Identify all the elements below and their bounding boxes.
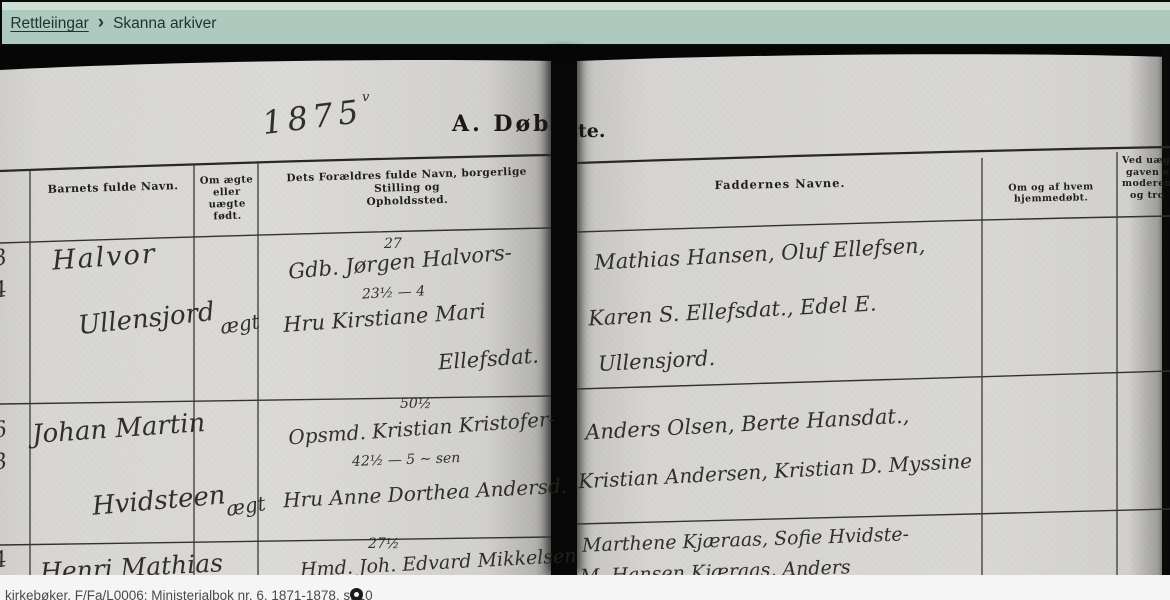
window-edge (0, 0, 2, 46)
breadcrumb-link-rettleiingar[interactable]: Rettleiingar (10, 15, 88, 33)
footer-bar: kirkebøker, F/Fa/L0006: Ministerialbok n… (0, 575, 1170, 600)
header-hjemmedobt: Om og af hvem hjemmedøbt. (986, 181, 1116, 205)
header-foraeldres-navn: Dets Forældres fulde Navn, borgerlige St… (262, 165, 553, 212)
header-ved-uaegte-line1: Ved uægte (1122, 155, 1170, 167)
chevron-right-icon: › (98, 14, 104, 32)
header-ved-uaegte-line2: gaven er (1122, 167, 1170, 179)
header-ved-uaegte-line4: og tro (1122, 190, 1170, 202)
header-om-aegte-line1: Om ægte eller (195, 174, 258, 200)
section-title: A. Døb (452, 111, 552, 137)
header-om-aegte: Om ægte eller uægte født. (195, 174, 258, 224)
breadcrumb-bar: › Rettleiingar › Skanna arkiver (0, 0, 1170, 46)
entry-parents-superscript: 50½ (400, 396, 431, 412)
header-ved-uaegte: Ved uægte gaven er moderen, og tro (1122, 155, 1170, 201)
breadcrumb: › Rettleiingar › Skanna arkiver (0, 12, 1170, 36)
section-title-continuation: te. (578, 120, 605, 142)
source-caption: kirkebøker, F/Fa/L0006: Ministerialbok n… (5, 588, 373, 600)
breadcrumb-item-skanna-arkiver[interactable]: Skanna arkiver (113, 15, 216, 33)
archive-viewer: › Rettleiingar › Skanna arkiver (0, 0, 1170, 600)
entry-parents-dates: 23½ — 4 (362, 283, 426, 302)
gear-icon[interactable] (350, 588, 363, 600)
entry-parents-superscript: 27½ (368, 536, 399, 552)
year-mark: v (362, 90, 369, 105)
header-om-aegte-line2: uægte født. (196, 198, 259, 224)
header-ved-uaegte-line3: moderen, (1122, 178, 1170, 190)
